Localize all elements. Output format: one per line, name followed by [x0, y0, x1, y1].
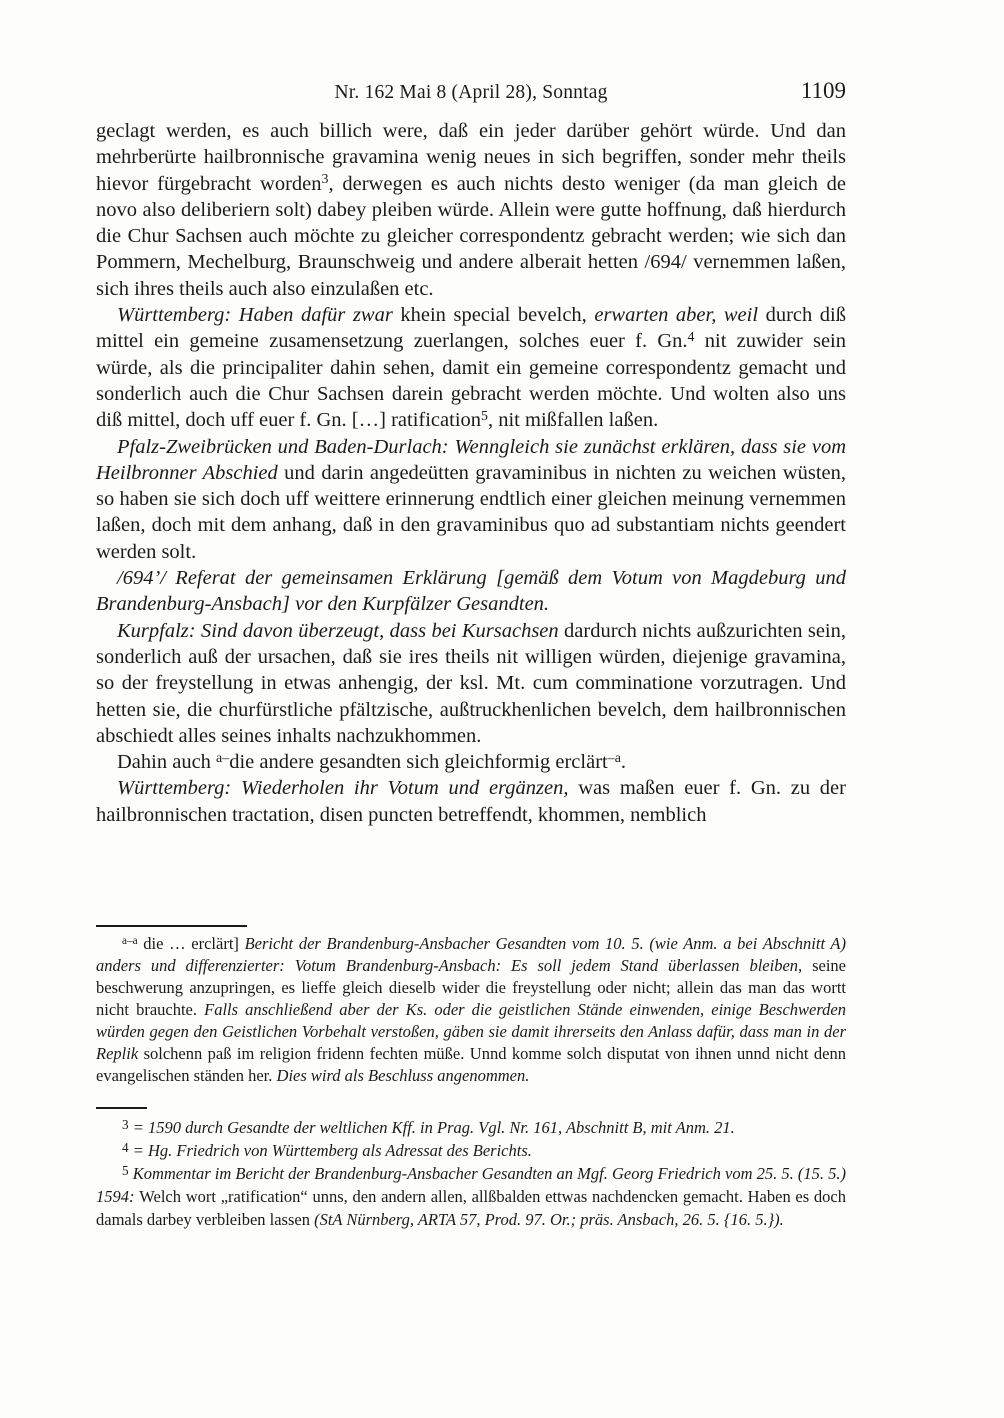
text-run: Kurpfalz: Sind davon überzeugt, dass bei… — [117, 620, 564, 642]
page-header: Nr. 162 Mai 8 (April 28), Sonntag 1109 — [96, 82, 846, 108]
paragraph-wuerttemberg-2: Württemberg: Wiederholen ihr Votum und e… — [96, 775, 846, 828]
text-run: /694’/ Referat der gemeinsamen Erklärung… — [96, 567, 846, 615]
running-head: Nr. 162 Mai 8 (April 28), Sonntag — [96, 82, 846, 104]
footnote-4: 4 = Hg. Friedrich von Württemberg als Ad… — [96, 1139, 846, 1162]
paragraph-pfalz-zweibruecken: Pfalz-Zweibrücken und Baden-Durlach: Wen… — [96, 434, 846, 565]
footnote-5: 5 Kommentar im Bericht der Brandenburg-A… — [96, 1162, 846, 1231]
paragraph-referat: /694’/ Referat der gemeinsamen Erklärung… — [96, 565, 846, 618]
text-run: = Hg. Friedrich von Württemberg als Adre… — [129, 1141, 532, 1160]
paragraph-wuerttemberg-1: Württemberg: Haben dafür zwar khein spec… — [96, 302, 846, 433]
superscript-marker: a–a — [122, 935, 138, 947]
page-number: 1109 — [801, 78, 846, 104]
text-run: Württemberg: Haben dafür zwar — [117, 304, 400, 326]
superscript-marker: 3 — [322, 172, 329, 187]
superscript-marker: –a — [608, 751, 621, 766]
superscript-marker: 4 — [122, 1140, 129, 1155]
superscript-marker: 5 — [122, 1163, 129, 1178]
text-run: Dahin auch — [117, 751, 216, 773]
paragraph-dahin-auch: Dahin auch a–die andere gesandten sich g… — [96, 749, 846, 775]
text-run: die … erclärt] — [138, 934, 245, 953]
footnote-separator-rule — [96, 1107, 147, 1109]
superscript-marker: 4 — [688, 330, 695, 345]
footnotes-block: 3 = 1590 durch Gesandte der weltlichen K… — [96, 1116, 846, 1231]
paragraph-continuation: geclagt werden, es auch billich were, da… — [96, 118, 846, 302]
critical-apparatus: a–a die … erclärt] Bericht der Brandenbu… — [96, 933, 846, 1087]
footnote-3: 3 = 1590 durch Gesandte der weltlichen K… — [96, 1116, 846, 1139]
text-run: die andere gesandten sich gleichformig e… — [229, 751, 608, 773]
main-text-block: geclagt werden, es auch billich were, da… — [96, 118, 846, 828]
superscript-marker: 3 — [122, 1117, 129, 1132]
apparatus-note-a: a–a die … erclärt] Bericht der Brandenbu… — [96, 933, 846, 1087]
text-run: Dies wird als Beschluss angenommen. — [277, 1066, 530, 1085]
text-run: khein special bevelch, — [400, 304, 594, 326]
document-page: Nr. 162 Mai 8 (April 28), Sonntag 1109 g… — [0, 0, 1004, 1418]
apparatus-separator-rule — [96, 925, 247, 927]
paragraph-kurpfalz: Kurpfalz: Sind davon überzeugt, dass bei… — [96, 618, 846, 749]
text-run: = 1590 durch Gesandte der weltlichen Kff… — [129, 1118, 735, 1137]
text-run: . — [621, 751, 626, 773]
text-run: (StA Nürnberg, ARTA 57, Prod. 97. Or.; p… — [314, 1210, 784, 1229]
text-run: erwarten aber, weil — [594, 304, 765, 326]
superscript-marker: a– — [216, 751, 229, 766]
superscript-marker: 5 — [481, 409, 488, 424]
text-run: , nit mißfallen laßen. — [488, 409, 658, 431]
text-run: Württemberg: Wiederholen ihr Votum und e… — [117, 777, 578, 799]
